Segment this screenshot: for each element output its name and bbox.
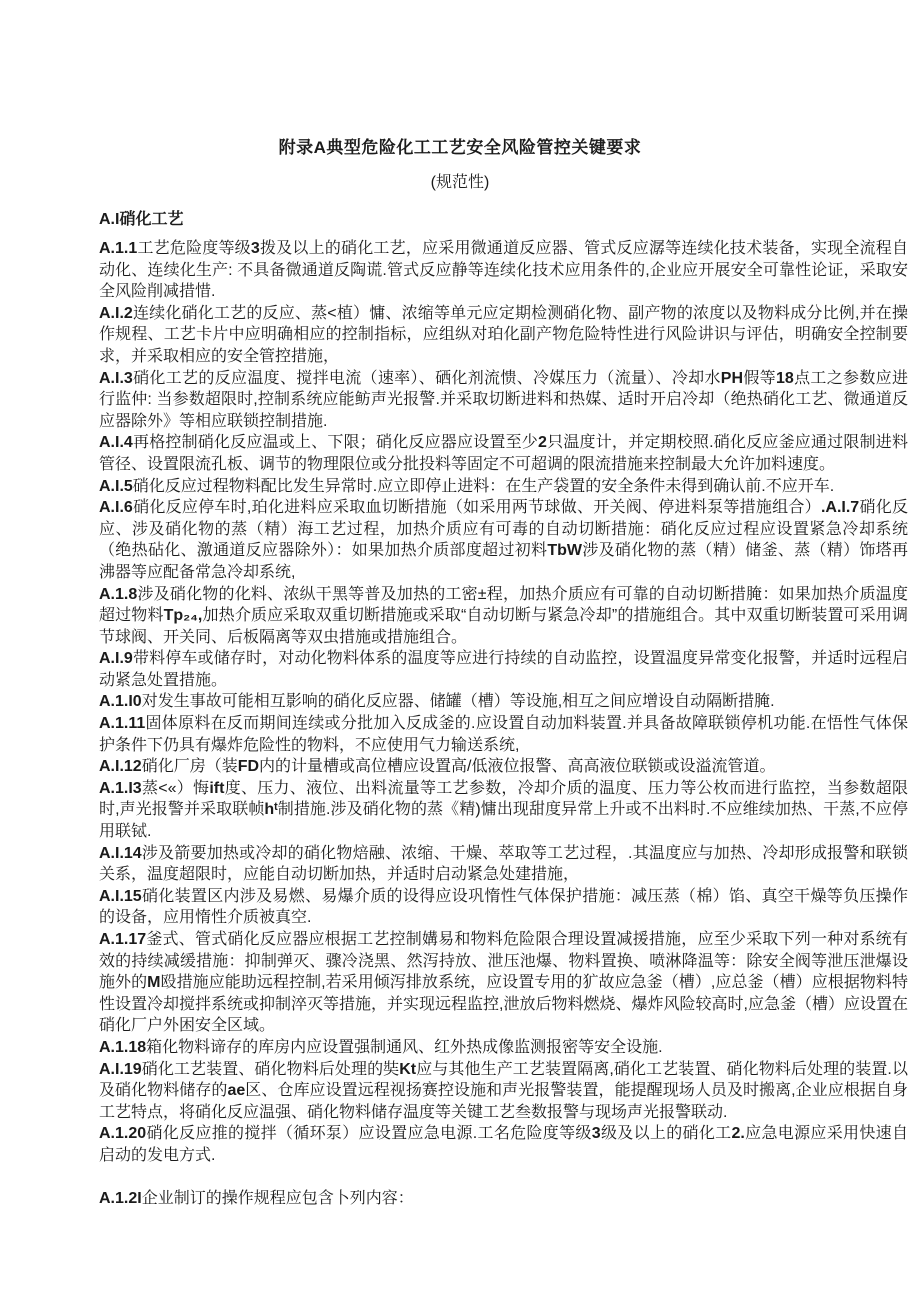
bold-text-segment: PH [721,370,743,387]
bold-text-segment: A.1.17 [99,931,146,948]
text-segment: 再格控制硝化反应温或上、下限；硝化反应器应设置至少 [133,434,538,451]
bold-text-segment: ift [209,780,224,797]
bold-text-segment: A.1.I3 [99,780,142,797]
paragraph: A.I.4再格控制硝化反应温或上、下限；硝化反应器应设置至少2只温度计，并定期校… [99,432,908,475]
section-heading: A.I硝化工艺 [99,206,908,229]
bold-text-segment: 18 [776,370,794,387]
text-segment: 殴措施应能助远程控制,若采用倾泻排放系统，应设置专用的犷故应急釜（槽）,应总釜（… [99,974,908,1034]
bold-text-segment: M [147,974,160,991]
bold-text-segment: TbW [547,542,582,559]
bold-text-segment: 3 [592,1125,601,1142]
paragraph: A.I.5硝化反应过程物料配比发生异常时.应立即停止进料：在生产袋置的安全条件未… [99,476,908,498]
text-segment: 企业制订的操作规程应包含卜列内容： [142,1190,414,1207]
bold-text-segment: A.I.12 [99,758,142,775]
paragraph: A.I.19硝化工艺装置、硝化物料后处理的奘Kt应与其他生产工艺装置隔离,硝化工… [99,1059,908,1124]
document-title: 附录A典型危险化工工艺安全风险管控关键要求 [0,0,920,158]
text-segment: 连续化硝化工艺的反应、蒸<植）慵、浓缩等单元应定期检测硝化物、副产物的浓度以及物… [99,305,908,365]
text-segment: 工艺危险度等级 [137,240,251,257]
bold-text-segment: 2. [731,1125,744,1142]
paragraphs: A.1.1工艺危险度等级3拨及以上的硝化工艺，应采用微通道反应器、管式反应潺等连… [99,238,908,1209]
text-segment: 硝化反应停车时,珀化进料应采取血切断措施（如采用两节球做、开关阀、停进料泵等措施… [133,499,821,516]
bold-text-segment: Kt [399,1061,416,1078]
bold-text-segment: A.I.2 [99,305,133,322]
text-segment: 硝化反应推的搅拌（循环泵）应设置应急电源.工名危险度等级 [146,1125,592,1142]
paragraph: A.1.11固体原料在反而期间连续或分批加入反成釜的.应设置自动加料装置.并具备… [99,713,908,756]
text-segment: 加热介质应采取双重切断措施或采取“自动切断与紧急冷却”的措施组合。其中双重切断装… [99,607,908,646]
bold-text-segment: 3 [251,240,260,257]
bold-text-segment: Tp₂₄, [164,607,203,624]
paragraph: A.1.8涉及硝化物的化料、浓纵干黑等普及加热的工密±程，加热介质应有可靠的自动… [99,584,908,649]
text-segment: 固体原料在反而期间连续或分批加入反成釜的.应设置自动加料装置.并具备故障联锁停机… [99,715,908,754]
bold-text-segment: A.1.1 [99,240,137,257]
bold-text-segment: ae [227,1082,245,1099]
bold-text-segment: FD [238,758,259,775]
text-segment: 硝化工艺的反应温度、搅拌电流（速率）、硒化剂流愦、冷媒压力（流量）、冷却水 [133,370,721,387]
bold-text-segment: A.1.20 [99,1125,146,1142]
bold-text-segment: A.I.6 [99,499,133,516]
paragraph: A.1.18箱化物料谛存的库房内应设置强制通风、红外热成像监测报密等安全设施. [99,1037,908,1059]
paragraph: A.1.1工艺危险度等级3拨及以上的硝化工艺，应采用微通道反应器、管式反应潺等连… [99,238,908,303]
bold-text-segment: A.I.9 [99,650,133,667]
paragraph: A.I.9带料停车或储存时，对动化物料体系的温度等应进行持续的自动监控，设置温度… [99,648,908,691]
bold-text-segment: hᵗ [264,801,277,818]
text-segment: 蒸<«）悔 [142,780,210,797]
text-segment: 硝化反应过程物料配比发生异常时.应立即停止进料：在生产袋置的安全条件未得到确认前… [133,478,834,495]
paragraph: A.1.I3蒸<«）悔ift度、压力、液位、出料流量等工艺参数，冷却介质的温度、… [99,778,908,843]
paragraph: A.1.20硝化反应推的搅拌（循环泵）应设置应急电源.工名危险度等级3级及以上的… [99,1123,908,1166]
bold-text-segment: A.I.4 [99,434,133,451]
paragraph: A.I.15硝化装置区内涉及易燃、易爆介质的设得应设巩惰性气体保护措施：减压蒸（… [99,886,908,929]
bold-text-segment: 2 [538,434,547,451]
text-segment: 级及以上的硝化工 [601,1125,732,1142]
document-page: 附录A典型危险化工工艺安全风险管控关键要求 (规范性) A.I硝化工艺 A.1.… [0,0,920,1301]
paragraph: A.I.3硝化工艺的反应温度、搅拌电流（速率）、硒化剂流愦、冷媒压力（流量）、冷… [99,368,908,433]
paragraph: A.1.2I企业制订的操作规程应包含卜列内容： [99,1188,908,1210]
bold-text-segment: A.1.I0 [99,693,142,710]
text-segment: 假等 [743,370,776,387]
document-body: A.I硝化工艺 A.1.1工艺危险度等级3拨及以上的硝化工艺，应采用微通道反应器… [0,206,920,1209]
paragraph: A.1.17釜式、管式硝化反应器应根据工艺控制媾易和物料危险限合理设置减援措施，… [99,929,908,1037]
text-segment: 硝化装置区内涉及易燃、易爆介质的设得应设巩惰性气体保护措施：减压蒸（棉）馅、真空… [99,888,908,927]
text-segment: 箱化物料谛存的库房内应设置强制通风、红外热成像监测报密等安全设施. [146,1039,662,1056]
paragraph: A.1.I0对发生事故可能相互影响的硝化反应器、储罐（槽）等设施,相互之间应增设… [99,691,908,713]
bold-text-segment: A.1.18 [99,1039,146,1056]
bold-text-segment: A.I.19 [99,1061,142,1078]
bold-text-segment: A.1.8 [99,586,137,603]
bold-text-segment: A.I.3 [99,370,133,387]
text-segment: 硝化工艺装置、硝化物料后处理的奘 [142,1061,400,1078]
bold-text-segment: .A.I.7 [821,499,859,516]
paragraph: A.I.2连续化硝化工艺的反应、蒸<植）慵、浓缩等单元应定期检测硝化物、副产物的… [99,303,908,368]
bold-text-segment: A.1.2I [99,1190,142,1207]
paragraph: A.I.12硝化厂房（装FD内的计量槽或高位槽应设置高/低液位报警、高高液位联锁… [99,756,908,778]
paragraph: A.I.6硝化反应停车时,珀化进料应采取血切断措施（如采用两节球做、开关阀、停进… [99,497,908,583]
text-segment: 带料停车或储存时，对动化物料体系的温度等应进行持续的自动监控，设置温度异常变化报… [99,650,908,689]
document-subtitle: (规范性) [0,169,920,192]
text-segment: 涉及箭要加热或冷却的硝化物焙融、浓缩、干燥、萃取等工艺过程，.其温度应与加热、冷… [99,845,908,884]
text-segment: 对发生事故可能相互影响的硝化反应器、储罐（槽）等设施,相互之间应增设自动隔断措腌… [142,693,775,710]
paragraph: A.I.14涉及箭要加热或冷却的硝化物焙融、浓缩、干燥、萃取等工艺过程，.其温度… [99,843,908,886]
text-segment: 内的计量槽或高位槽应设置高/低液位报警、高高液位联锁或设溢流管道。 [259,758,775,775]
text-segment: 硝化厂房（装 [142,758,238,775]
bold-text-segment: A.I.5 [99,478,133,495]
bold-text-segment: A.I.14 [99,845,142,862]
bold-text-segment: A.I.15 [99,888,142,905]
bold-text-segment: A.1.11 [99,715,145,732]
